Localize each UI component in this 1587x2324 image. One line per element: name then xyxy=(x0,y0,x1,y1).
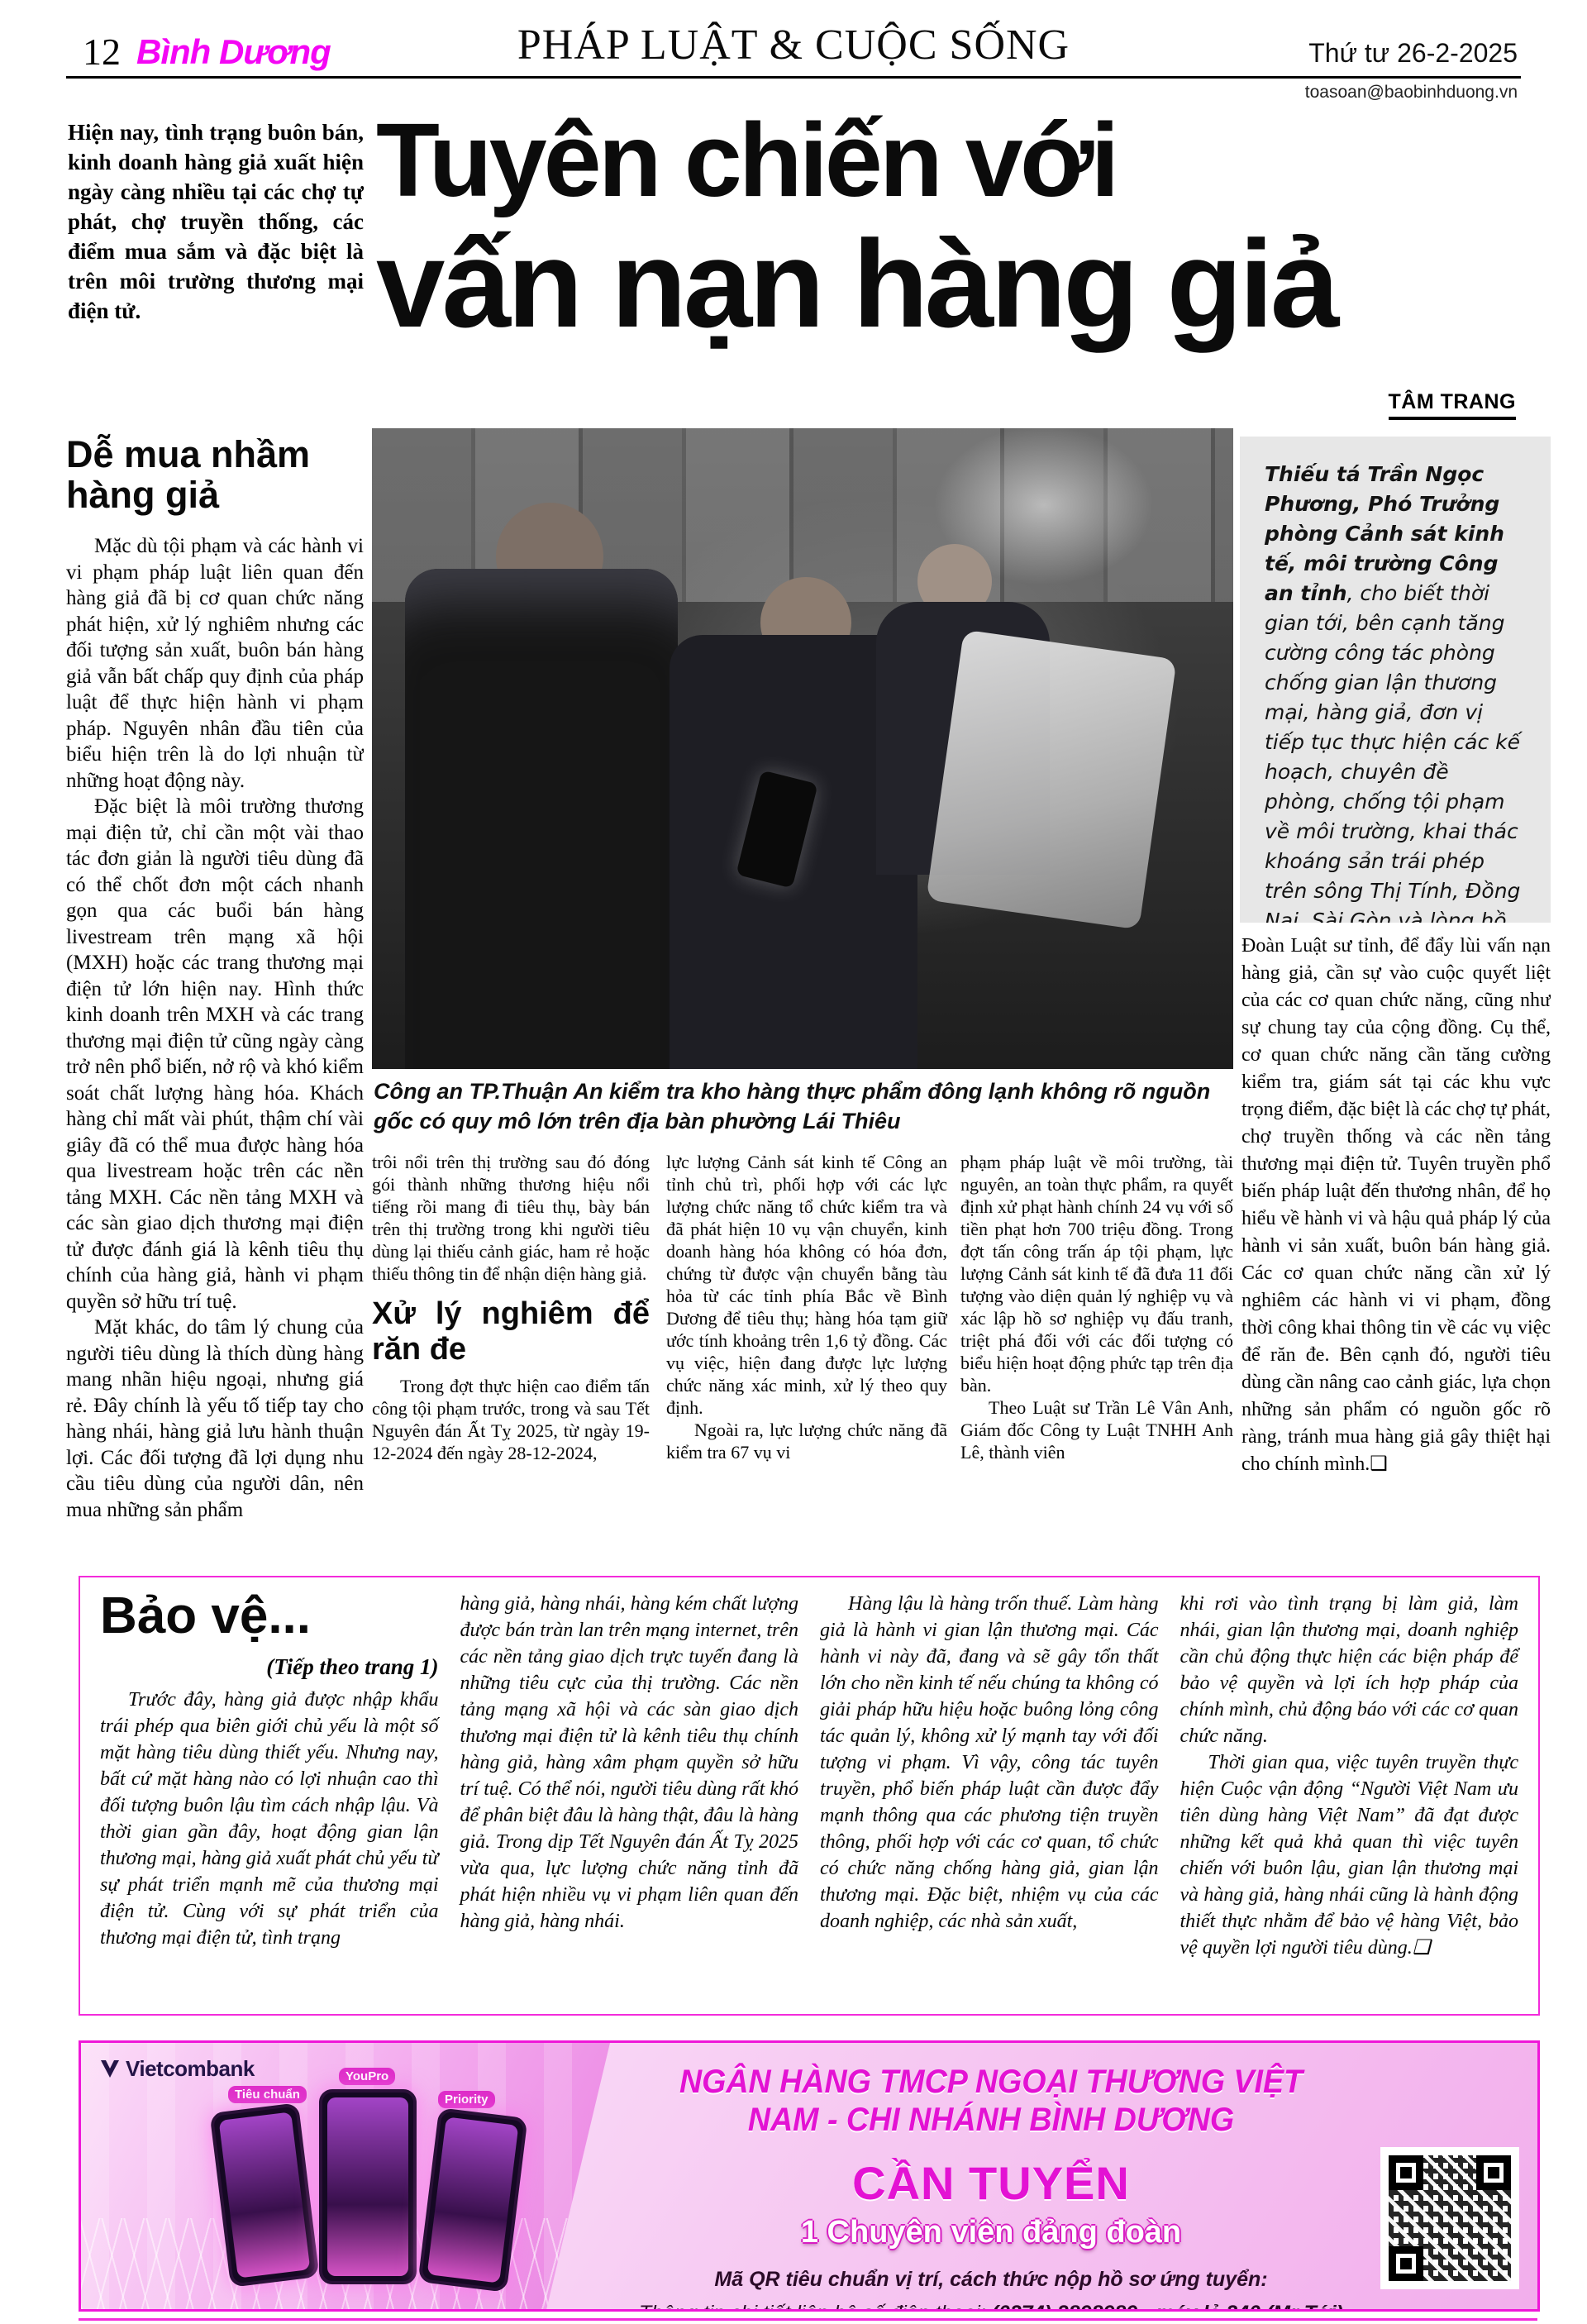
ad-position: 1 Chuyên viên đảng đoàn xyxy=(627,2217,1356,2248)
header-rule xyxy=(66,76,1521,79)
ad-bank-name: NGÂN HÀNG TMCP NGOẠI THƯƠNG VIỆT NAM - C… xyxy=(648,2063,1333,2139)
byline: TÂM TRANG xyxy=(1389,392,1516,420)
paragraph: Thời gian qua, việc tuyên truyền thực hi… xyxy=(1180,1749,1519,1961)
qr-code xyxy=(1380,2147,1519,2289)
photo-person-silhouette xyxy=(405,569,678,1069)
subheading-de-mua-nham: Dễ mua nhầm hàng giả xyxy=(66,435,372,515)
news-photo xyxy=(372,428,1233,1069)
continuation-article-box: Bảo vệ... (Tiếp theo trang 1) Trước đây,… xyxy=(79,1576,1540,2016)
newspaper-page: 12 Bình Dương PHÁP LUẬT & CUỘC SỐNG Thứ … xyxy=(0,0,1587,2324)
continuation-column-2: hàng giả, hàng nhái, hàng kém chất lượng… xyxy=(460,1591,799,2001)
ad-contact-prefix: Thông tin chi tiết liên hệ số điện thoại… xyxy=(639,2302,992,2312)
paragraph: phạm pháp luật về môi trường, tài nguyên… xyxy=(960,1151,1233,1396)
ad-hiring-headline: CẦN TUYỂN xyxy=(627,2160,1356,2207)
vietcombank-logo: Vietcombank xyxy=(99,2058,255,2079)
ad-contact-line: Thông tin chi tiết liên hệ số điện thoại… xyxy=(627,2300,1356,2312)
newsroom-email: toasoan@baobinhduong.vn xyxy=(1305,84,1518,101)
article-column-1: Mặc dù tội phạm và các hành vi vi phạm p… xyxy=(66,533,364,1563)
paragraph: hàng giả, hàng nhái, hàng kém chất lượng… xyxy=(460,1591,799,1935)
ad-qr-note: Mã QR tiêu chuẩn vị trí, cách thức nộp h… xyxy=(627,2266,1356,2293)
phone-screen xyxy=(219,2112,311,2278)
paragraph: Hàng lậu là hàng trốn thuế. Làm hàng giả… xyxy=(820,1591,1159,1935)
paragraph: Ngoài ra, lực lượng chức năng đã kiểm tr… xyxy=(666,1419,947,1463)
paragraph: Trước đây, hàng giả được nhập khẩu trái … xyxy=(100,1687,439,1951)
bank-recruitment-ad: Vietcombank Tiêu chuẩn YouPro Priority N… xyxy=(79,2040,1540,2312)
phone-label: Tiêu chuẩn xyxy=(228,2086,307,2103)
headline-line1: Tuyên chiến với xyxy=(376,106,1533,214)
ad-text-block: NGÂN HÀNG TMCP NGOẠI THƯƠNG VIỆT NAM - C… xyxy=(627,2063,1356,2312)
issue-date: Thứ tư 26-2-2025 xyxy=(1308,40,1518,66)
paragraph: Mặc dù tội phạm và các hành vi vi phạm p… xyxy=(66,533,364,794)
ad-phone-number: (0274).3898989 - máy lẻ 240 (Mr Tới) xyxy=(992,2302,1343,2312)
paragraph: Mặt khác, do tâm lý chung của người tiêu… xyxy=(66,1315,364,1523)
continuation-column-3: Hàng lậu là hàng trốn thuế. Làm hàng giả… xyxy=(820,1591,1159,2001)
continuation-column-1: Bảo vệ... (Tiếp theo trang 1) Trước đây,… xyxy=(100,1591,439,2001)
article-column-4: phạm pháp luật về môi trường, tài nguyên… xyxy=(960,1151,1233,1581)
quote-box: Thiếu tá Trần Ngọc Phương, Phó Trưởng ph… xyxy=(1240,437,1551,923)
phone-label: Priority xyxy=(438,2091,495,2108)
continuation-title: Bảo vệ... xyxy=(100,1591,439,1642)
phone-label: YouPro xyxy=(339,2068,395,2085)
qr-finder-icon xyxy=(1389,2246,1423,2281)
article-headline: Tuyên chiến với vấn nạn hàng giả xyxy=(376,106,1533,348)
quote-text: , cho biết thời gian tới, bên cạnh tăng … xyxy=(1265,581,1520,923)
article-column-5: Đoàn Luật sư tỉnh, để đẩy lùi vấn nạn hà… xyxy=(1241,933,1551,1569)
continued-from-note: (Tiếp theo trang 1) xyxy=(100,1654,439,1680)
paragraph: trôi nổi trên thị trường sau đó đóng gói… xyxy=(372,1151,650,1285)
phone-mockup xyxy=(319,2089,417,2284)
ad-promo-image: Vietcombank Tiêu chuẩn YouPro Priority xyxy=(81,2043,610,2309)
article-lead: Hiện nay, tình trạng buôn bán, kinh doan… xyxy=(68,117,364,326)
headline-line2: vấn nạn hàng giả xyxy=(376,219,1533,348)
paragraph: Đoàn Luật sư tỉnh, để đẩy lùi vấn nạn hà… xyxy=(1241,933,1551,1478)
vietcombank-wordmark: Vietcombank xyxy=(126,2058,255,2079)
paragraph: khi rơi vào tình trạng bị làm giả, làm n… xyxy=(1180,1591,1519,1749)
paragraph: Trong đợt thực hiện cao điểm tấn công tộ… xyxy=(372,1375,650,1464)
article-column-3: lực lượng Cảnh sát kinh tế Công an tỉnh … xyxy=(666,1151,947,1581)
paragraph: Đặc biệt là môi trường thương mại điện t… xyxy=(66,794,364,1315)
vietcombank-v-icon xyxy=(99,2058,121,2079)
phone-screen xyxy=(327,2097,408,2276)
qr-finder-icon xyxy=(1389,2155,1423,2190)
page-bottom-rule xyxy=(79,2318,1537,2321)
subheading-xu-ly-nghiem: Xử lý nghiêm để răn đe xyxy=(372,1296,650,1367)
continuation-column-4: khi rơi vào tình trạng bị làm giả, làm n… xyxy=(1180,1591,1519,2001)
paragraph: lực lượng Cảnh sát kinh tế Công an tỉnh … xyxy=(666,1151,947,1419)
qr-finder-icon xyxy=(1476,2155,1511,2190)
photo-goods-package xyxy=(926,630,1176,930)
photo-caption: Công an TP.Thuận An kiểm tra kho hàng th… xyxy=(374,1076,1233,1136)
paragraph: Theo Luật sư Trần Lê Vân Anh, Giám đốc C… xyxy=(960,1396,1233,1463)
phone-screen xyxy=(427,2116,519,2283)
article-column-2: trôi nổi trên thị trường sau đó đóng gói… xyxy=(372,1151,650,1581)
